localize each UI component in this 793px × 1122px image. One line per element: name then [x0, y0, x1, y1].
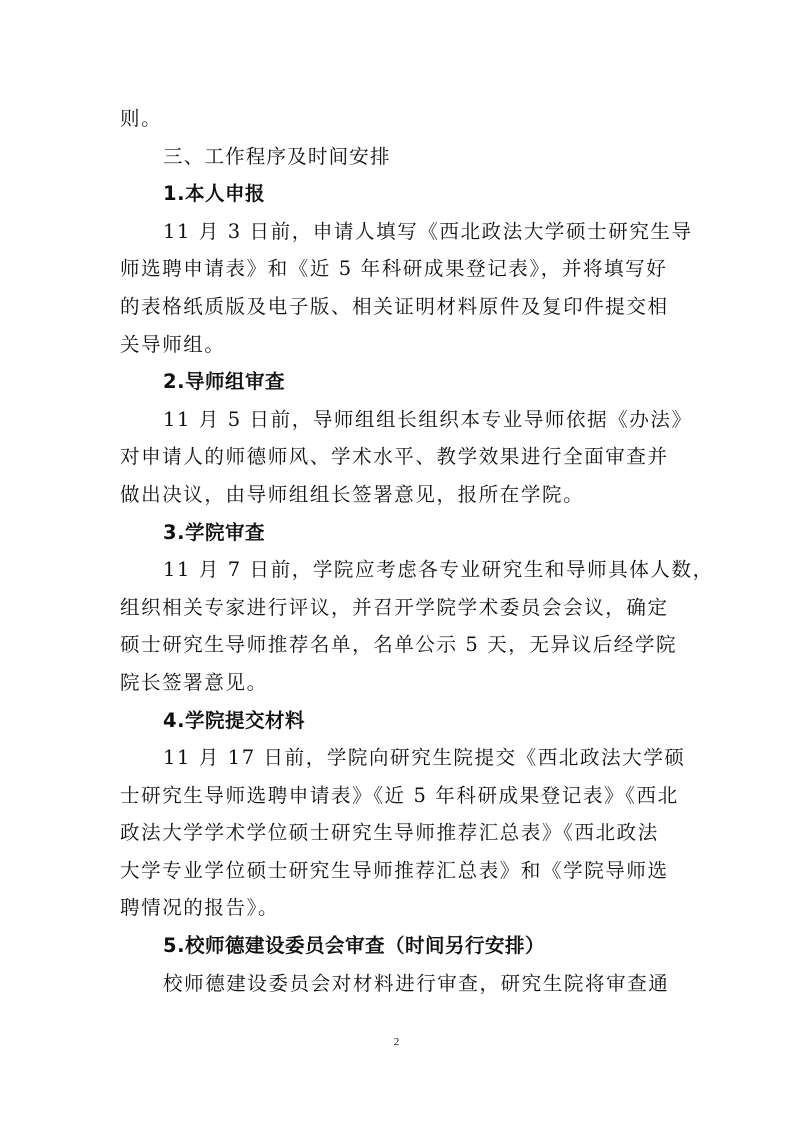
paragraph-line: 11 月 7 日前，学院应考虑各专业研究生和导师具体人数， — [120, 551, 676, 589]
continuation-text: 则。 — [120, 100, 676, 138]
paragraph-line: 政法大学学术学位硕士研究生导师推荐汇总表》《西北政法 — [120, 814, 676, 852]
step-heading: 3.学院审查 — [120, 514, 676, 552]
paragraph-line: 校师德建设委员会对材料进行审查，研究生院将审查通 — [120, 965, 676, 1003]
paragraph-line: 聘情况的报告》。 — [120, 889, 676, 927]
paragraph-line: 院长签署意见。 — [120, 664, 676, 702]
step-2: 2.导师组审查 11 月 5 日前，导师组组长组织本专业导师依据《办法》 对申请… — [120, 363, 676, 513]
step-4: 4.学院提交材料 11 月 17 日前，学院向研究生院提交《西北政法大学硕 士研… — [120, 702, 676, 928]
paragraph-line: 组织相关专家进行评议，并召开学院学术委员会会议，确定 — [120, 589, 676, 627]
paragraph-line: 11 月 17 日前，学院向研究生院提交《西北政法大学硕 — [120, 739, 676, 777]
page-number: 2 — [0, 1036, 793, 1048]
step-heading: 4.学院提交材料 — [120, 702, 676, 740]
paragraph-line: 关导师组。 — [120, 326, 676, 364]
paragraph-line: 的表格纸质版及电子版、相关证明材料原件及复印件提交相 — [120, 288, 676, 326]
paragraph-line: 大学专业学位硕士研究生导师推荐汇总表》和《学院导师选 — [120, 852, 676, 890]
paragraph-line: 做出决议，由导师组组长签署意见，报所在学院。 — [120, 476, 676, 514]
step-heading: 5.校师德建设委员会审查（时间另行安排） — [120, 927, 676, 965]
paragraph-line: 11 月 3 日前，申请人填写《西北政法大学硕士研究生导 — [120, 213, 676, 251]
page-content: 则。 三、工作程序及时间安排 1.本人申报 11 月 3 日前，申请人填写《西北… — [120, 100, 676, 1002]
step-3: 3.学院审查 11 月 7 日前，学院应考虑各专业研究生和导师具体人数， 组织相… — [120, 514, 676, 702]
step-1: 1.本人申报 11 月 3 日前，申请人填写《西北政法大学硕士研究生导 师选聘申… — [120, 175, 676, 363]
paragraph-line: 士研究生导师选聘申请表》《近 5 年科研成果登记表》《西北 — [120, 777, 676, 815]
step-5: 5.校师德建设委员会审查（时间另行安排） 校师德建设委员会对材料进行审查，研究生… — [120, 927, 676, 1002]
step-heading: 2.导师组审查 — [120, 363, 676, 401]
section-title: 三、工作程序及时间安排 — [120, 138, 676, 176]
paragraph-line: 硕士研究生导师推荐名单，名单公示 5 天，无异议后经学院 — [120, 626, 676, 664]
paragraph-line: 师选聘申请表》和《近 5 年科研成果登记表》，并将填写好 — [120, 250, 676, 288]
paragraph-line: 11 月 5 日前，导师组组长组织本专业导师依据《办法》 — [120, 401, 676, 439]
step-heading: 1.本人申报 — [120, 175, 676, 213]
paragraph-line: 对申请人的师德师风、学术水平、教学效果进行全面审查并 — [120, 438, 676, 476]
document-page: 则。 三、工作程序及时间安排 1.本人申报 11 月 3 日前，申请人填写《西北… — [0, 0, 793, 1122]
